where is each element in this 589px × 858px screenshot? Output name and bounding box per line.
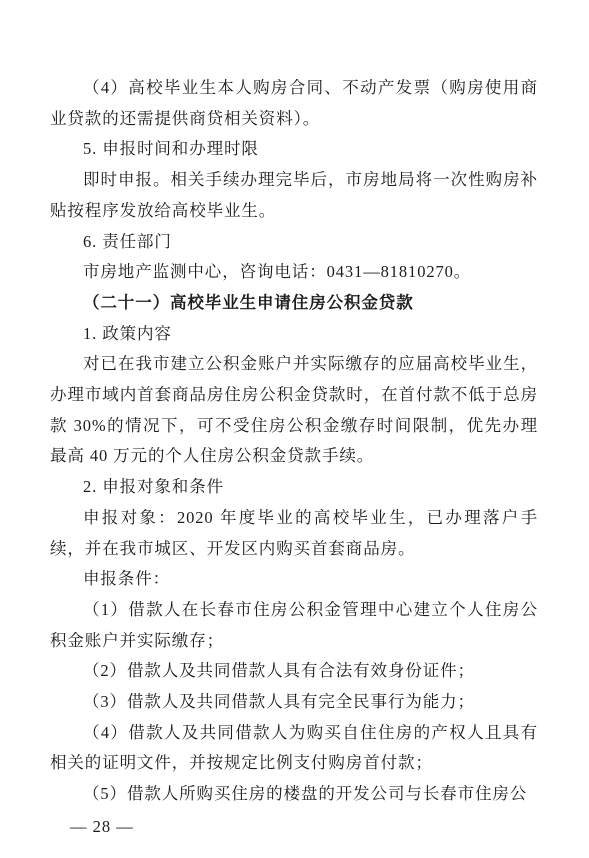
section-heading-21-provident-fund-loan: （二十一）高校毕业生申请住房公积金贷款 [50,288,538,319]
paragraph-declare-target: 申报对象：2020 年度毕业的高校毕业生，已办理落户手续，并在我市城区、开发区内… [50,503,538,564]
paragraph-policy-content: 对已在我市建立公积金账户并实际缴存的应届高校毕业生，办理市域内首套商品房住房公积… [50,349,538,472]
document-body: （4）高校毕业生本人购房合同、不动产发票（购房使用商业贷款的还需提供商贷相关资料… [50,73,538,810]
document-page: （4）高校毕业生本人购房合同、不动产发票（购房使用商业贷款的还需提供商贷相关资料… [0,0,589,858]
condition-item-4: （4）借款人及共同借款人为购买自住住房的产权人且具有相关的证明文件，并按规定比例… [50,718,538,779]
heading-6-responsible-department: 6. 责任部门 [50,227,538,258]
paragraph-item4-purchase-materials: （4）高校毕业生本人购房合同、不动产发票（购房使用商业贷款的还需提供商贷相关资料… [50,73,538,134]
condition-item-2: （2）借款人及共同借款人具有合法有效身份证件； [50,656,538,687]
condition-item-3: （3）借款人及共同借款人具有完全民事行为能力； [50,687,538,718]
heading-1-policy-content: 1. 政策内容 [50,319,538,350]
condition-item-5: （5）借款人所购买住房的楼盘的开发公司与长春市住房公 [50,779,538,810]
paragraph-immediate-declaration: 即时申报。相关手续办理完毕后，市房地局将一次性购房补贴按程序发放给高校毕业生。 [50,165,538,226]
paragraph-department-contact-phone: 市房地产监测中心，咨询电话：0431—81810270。 [50,257,538,288]
page-number: — 28 — [70,817,134,836]
condition-item-1: （1）借款人在长春市住房公积金管理中心建立个人住房公积金账户并实际缴存； [50,595,538,656]
heading-2-declare-target-conditions: 2. 申报对象和条件 [50,472,538,503]
heading-5-declare-time-limit: 5. 申报时间和办理时限 [50,134,538,165]
page-footer: — 28 — [70,813,134,841]
paragraph-declare-conditions-label: 申报条件： [50,564,538,595]
